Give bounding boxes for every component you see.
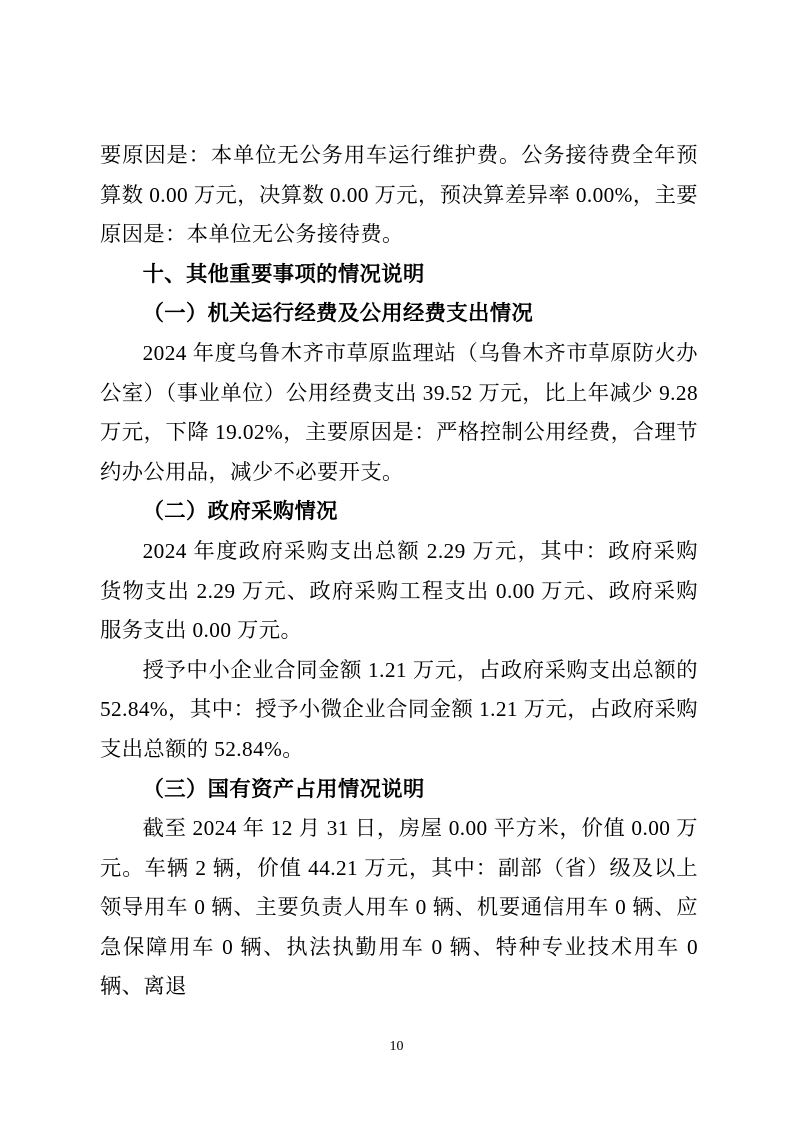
document-body: 要原因是：本单位无公务用车运行维护费。公务接待费全年预算数 0.00 万元，决算…: [100, 136, 698, 1007]
paragraph-continuation: 要原因是：本单位无公务用车运行维护费。公务接待费全年预算数 0.00 万元，决算…: [100, 136, 698, 255]
subsection-heading-1: （一）机关运行经费及公用经费支出情况: [100, 294, 698, 334]
page-number: 10: [0, 1038, 793, 1056]
document-page: 要原因是：本单位无公务用车运行维护费。公务接待费全年预算数 0.00 万元，决算…: [0, 0, 793, 1122]
paragraph: 2024 年度政府采购支出总额 2.29 万元，其中：政府采购货物支出 2.29…: [100, 532, 698, 651]
paragraph: 2024 年度乌鲁木齐市草原监理站（乌鲁木齐市草原防火办公室）（事业单位）公用经…: [100, 334, 698, 492]
subsection-heading-3: （三）国有资产占用情况说明: [100, 770, 698, 810]
subsection-heading-2: （二）政府采购情况: [100, 492, 698, 532]
paragraph: 授予中小企业合同金额 1.21 万元，占政府采购支出总额的 52.84%，其中：…: [100, 651, 698, 770]
section-heading: 十、其他重要事项的情况说明: [100, 255, 698, 295]
paragraph: 截至 2024 年 12 月 31 日，房屋 0.00 平方米，价值 0.00 …: [100, 809, 698, 1007]
